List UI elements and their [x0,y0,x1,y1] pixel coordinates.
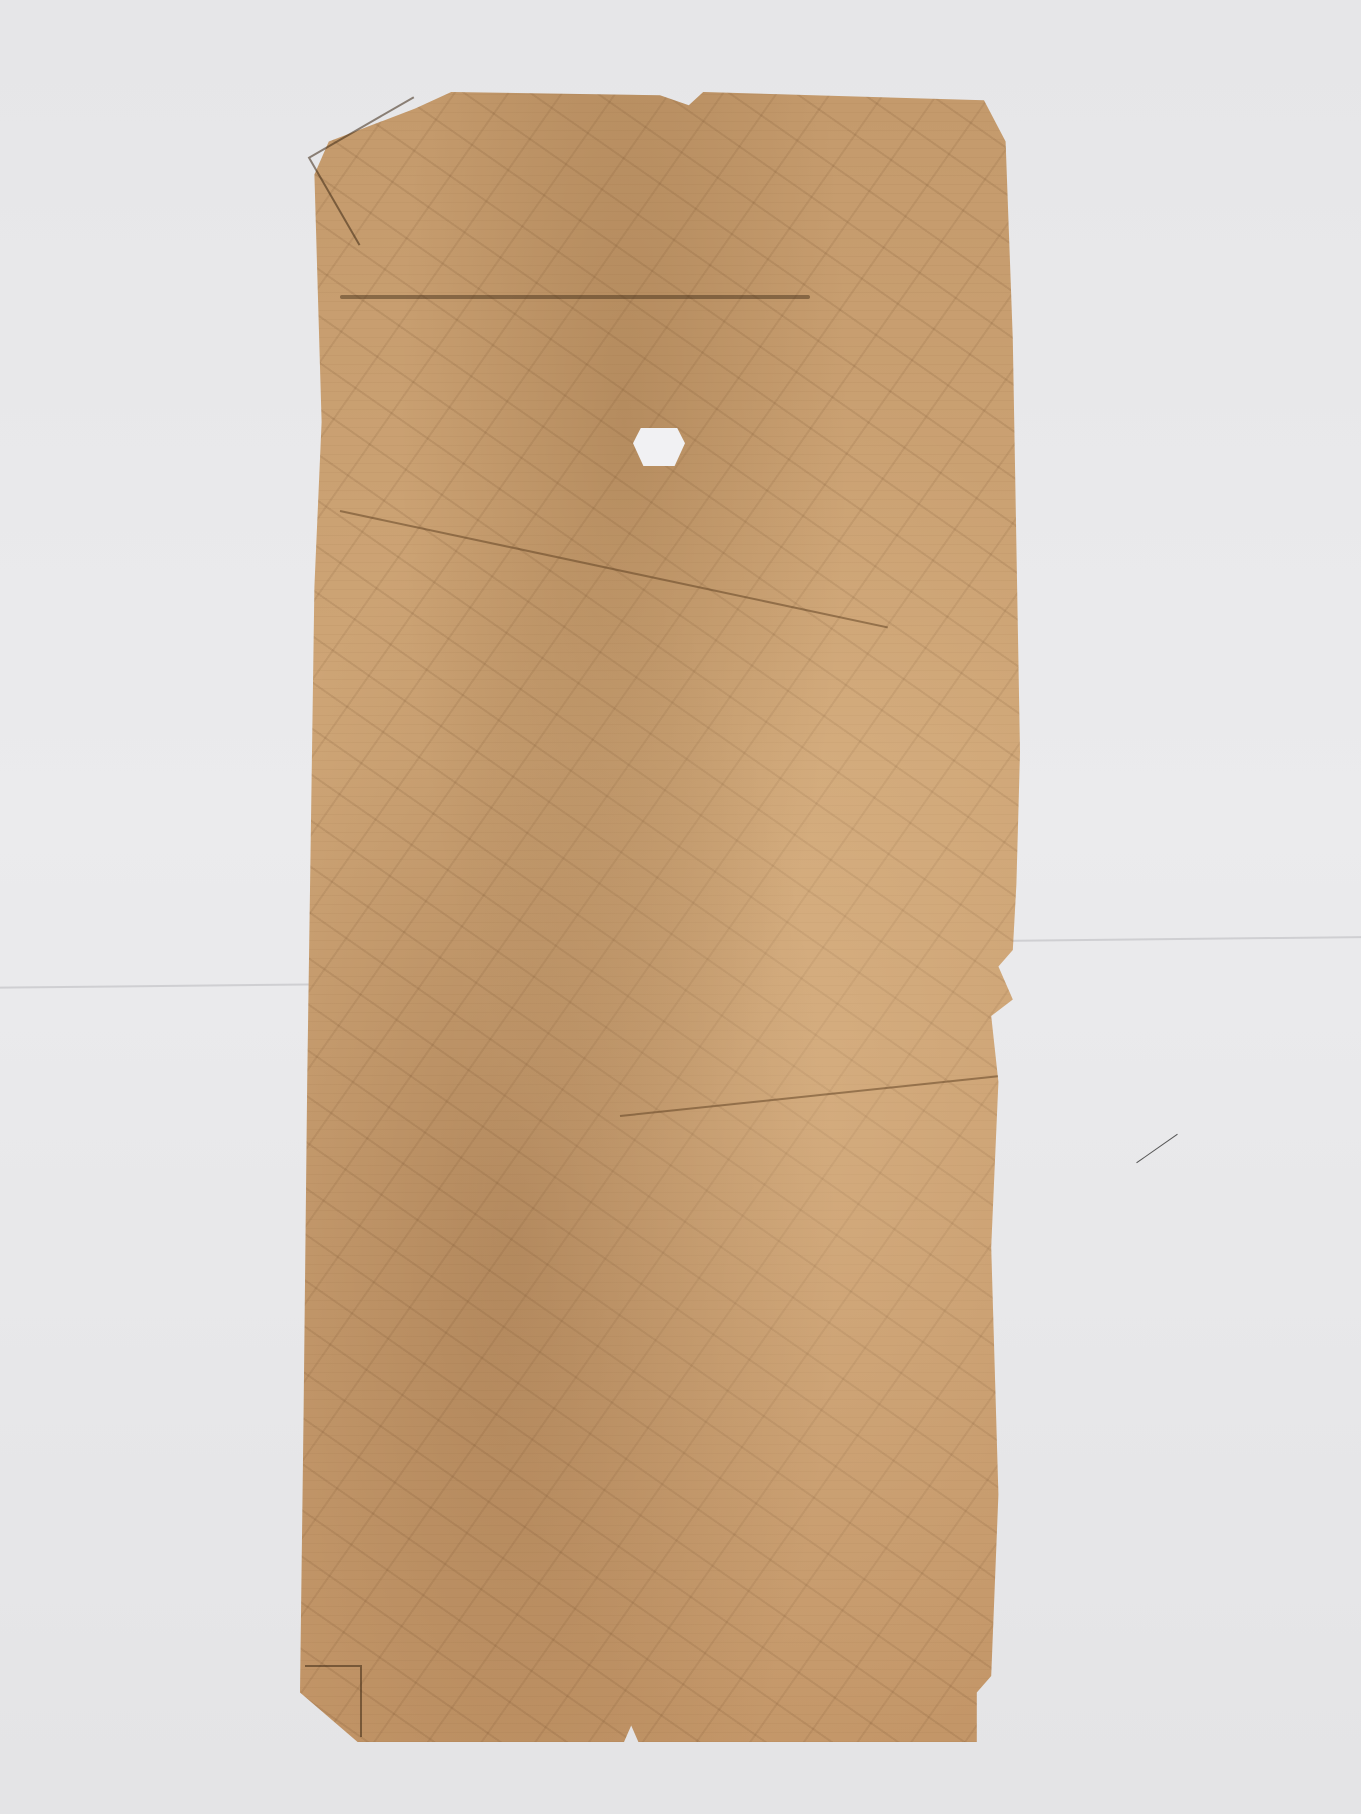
faint-ink-line [340,295,810,299]
table-seam-right [1000,936,1361,942]
aged-paper-document [300,92,1020,1742]
table-seam-left [0,983,320,988]
corner-border-mark [305,1665,362,1737]
surface-scratch [1136,1134,1178,1163]
